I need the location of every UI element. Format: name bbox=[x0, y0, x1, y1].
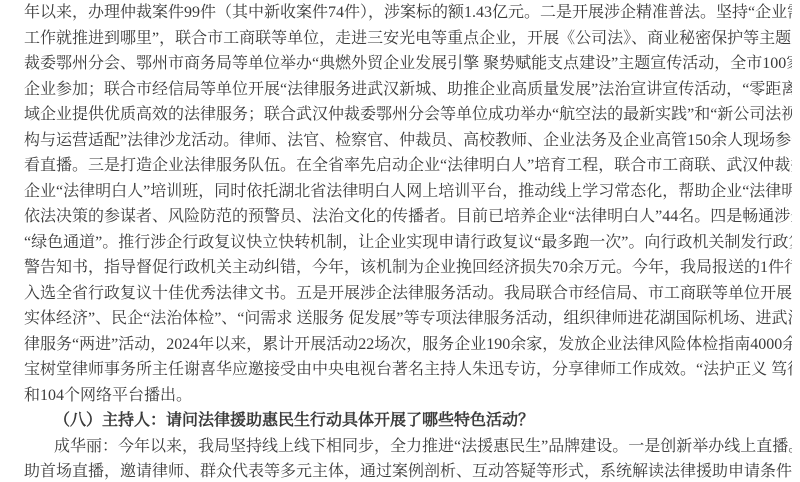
text-line: 依法决策的参谋者、风险防范的预警员、法治文化的传播者。目前已培养企业“法律明白人… bbox=[24, 204, 792, 230]
text-line: 宝树堂律师事务所主任谢喜华应邀接受由中央电视台著名主持人朱迅专访，分享律师工作成… bbox=[24, 357, 792, 383]
answer-paragraph: 成华丽：今年以来，我局坚持线上线下相同步，全力推进“法援惠民生”品牌建设。一是创… bbox=[24, 434, 792, 482]
text-line: 成华丽：今年以来，我局坚持线上线下相同步，全力推进“法援惠民生”品牌建设。一是创… bbox=[24, 434, 792, 460]
text-line: 域企业提供优质高效的法律服务；联合武汉仲裁委鄂州分会等单位成功举办“航空法的最新… bbox=[24, 102, 792, 128]
text-line: 警告知书，指导督促行政机关主动纠错，今年，该机制为企业挽回经济损失70余万元。今… bbox=[24, 255, 792, 281]
text-line: 企业“法律明白人”培训班，同时依托湖北省法律明白人网上培训平台，推动线上学习常态… bbox=[24, 179, 792, 205]
paragraph-continuation: 年以来，办理仲裁案件99件（其中新收案件74件），涉案标的额1.43亿元。二是开… bbox=[24, 0, 792, 408]
text-line: 工作就推进到哪里”，联合市工商联等单位，走进三安光电等重点企业，开展《公司法》、… bbox=[24, 26, 792, 52]
text-line: 律服务“两进”活动，2024年以来，累计开展活动22场次，服务企业190余家，发… bbox=[24, 332, 792, 358]
question-heading: （八）主持人：请问法律援助惠民生行动具体开展了哪些特色活动？ bbox=[24, 408, 792, 434]
text-line: 和104个网络平台播出。 bbox=[24, 383, 792, 409]
text-line: 年以来，办理仲裁案件99件（其中新收案件74件），涉案标的额1.43亿元。二是开… bbox=[24, 0, 792, 26]
text-line: 助首场直播，邀请律师、群众代表等多元主体，通过案例剖析、互动答疑等形式，系统解读… bbox=[24, 459, 792, 482]
text-line: 看直播。三是打造企业法律服务队伍。在全省率先启动企业“法律明白人”培育工程，联合… bbox=[24, 153, 792, 179]
document-page: 年以来，办理仲裁案件99件（其中新收案件74件），涉案标的额1.43亿元。二是开… bbox=[0, 0, 800, 482]
text-line: 企业参加；联合市经信局等单位开展“法律服务进武汉新城、助推企业高质量发展”法治宣… bbox=[24, 77, 792, 103]
text-line: 裁委鄂州分会、鄂州市商务局等单位举办“典燃外贸企业发展引擎 聚势赋能支点建设”主… bbox=[24, 51, 792, 77]
text-line: 入选全省行政复议十佳优秀法律文书。五是开展涉企法律服务活动。我局联合市经信局、市… bbox=[24, 281, 792, 307]
text-line: 实体经济”、民企“法治体检”、“问需求 送服务 促发展”等专项法律服务活动，组织… bbox=[24, 306, 792, 332]
text-line: 构与运营适配”法律沙龙活动。律师、法官、检察官、仲裁员、高校教师、企业法务及企业… bbox=[24, 128, 792, 154]
text-line: “绿色通道”。推行涉企行政复议快立快转机制，让企业实现申请行政复议“最多跑一次”… bbox=[24, 230, 792, 256]
